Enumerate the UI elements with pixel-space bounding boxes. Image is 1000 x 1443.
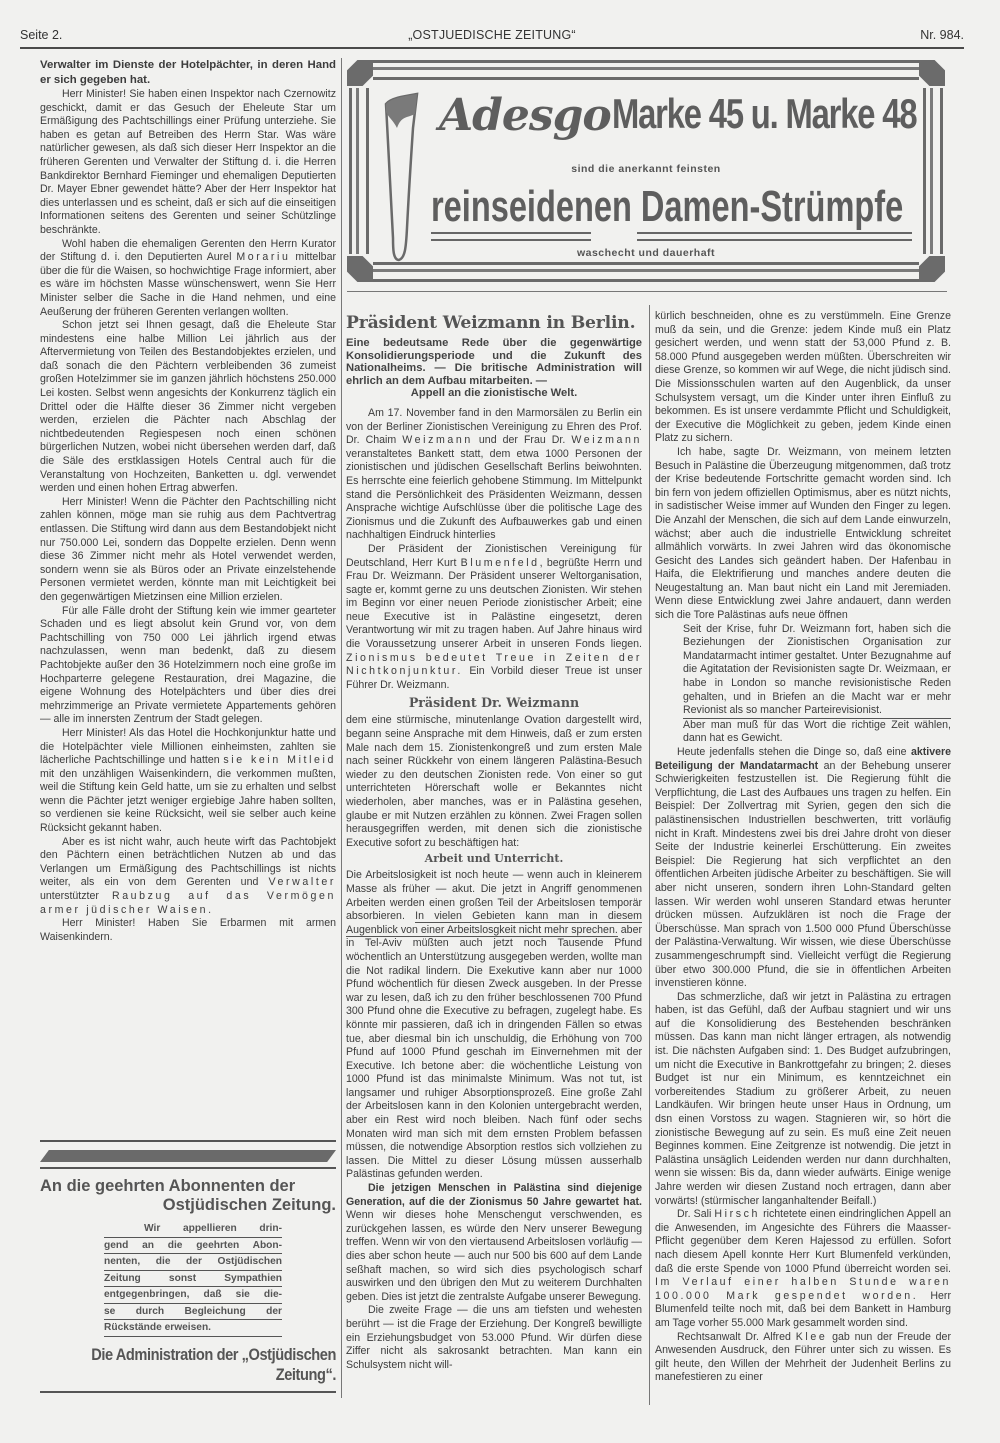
left-column-article: Verwalter im Dienste der Hotelpächter, i… xyxy=(40,58,336,944)
notice-line: nenten, die der Ostjüdischen xyxy=(104,1254,282,1271)
paragraph: Seit der Krise, fuhr Dr. Weizmann fort, … xyxy=(683,623,951,719)
ad-underline xyxy=(431,232,591,241)
paragraph: kürlich beschneiden, ohne es zu verstümm… xyxy=(655,310,951,446)
article-weizmann: Präsident Weizmann in Berlin. Eine bedeu… xyxy=(346,313,642,1372)
paragraph: Die jetzigen Menschen in Palästina sind … xyxy=(346,1182,642,1304)
paragraph: Rechtsanwalt Dr. Alfred Klee gab nun der… xyxy=(655,1331,951,1385)
paragraph: Ich habe, sagte Dr. Weizmann, von meinem… xyxy=(655,446,951,623)
paragraph: Heute jedenfalls stehen die Dinge so, da… xyxy=(655,746,951,991)
notice-heading: Ostjüdischen Zeitung. xyxy=(40,1196,336,1215)
spaced-name: Morariu xyxy=(236,251,290,263)
ad-corner xyxy=(919,60,945,86)
ad-headline: reinseidenen Damen-Strümpfe xyxy=(431,182,903,232)
subheading: Arbeit und Unterricht. xyxy=(346,852,642,866)
paragraph: Das schmerzliche, daß wir jetzt in Paläs… xyxy=(655,991,951,1209)
column-divider xyxy=(649,305,650,1405)
subscribers-notice: An die geehrten Abonnenten der Ostjüdisc… xyxy=(40,1140,336,1393)
spaced-emphasis: Verwalter xyxy=(268,876,336,888)
divider xyxy=(40,1167,336,1169)
divider xyxy=(347,291,947,292)
paragraph: Herr Minister! Als das Hotel die Hochkon… xyxy=(40,727,336,836)
spaced-emphasis: sie kein Mitleid xyxy=(223,754,336,766)
paragraph: Herr Minister! Wenn die Pächter den Pach… xyxy=(40,496,336,605)
subheading: Präsident Dr. Weizmann xyxy=(346,695,642,711)
column-divider xyxy=(341,58,342,1398)
ad-frame xyxy=(373,262,919,282)
issue-number: Nr. 984. xyxy=(920,28,964,42)
ad-corner xyxy=(919,256,945,282)
divider xyxy=(40,1391,336,1393)
paragraph: Herr Minister! Sie haben einen Inspektor… xyxy=(40,88,336,238)
product-models: Marke 45 u. Marke 48 xyxy=(612,90,916,138)
paragraph: Schon jetzt sei Ihnen gesagt, daß die Eh… xyxy=(40,319,336,496)
paragraph: Aber es ist nicht wahr, auch heute wirft… xyxy=(40,836,336,918)
article-weizmann-continued: kürlich beschneiden, ohne es zu verstümm… xyxy=(655,310,951,1385)
ad-tagline: sind die anerkannt feinsten xyxy=(347,163,945,175)
paragraph: dem eine stürmische, minutenlange Ovatio… xyxy=(346,714,642,850)
indented-block: Seit der Krise, fuhr Dr. Weizmann fort, … xyxy=(683,623,951,746)
paragraph: Für alle Fälle droht der Stiftung kein w… xyxy=(40,605,336,727)
notice-line: entgegenbringen, daß sie die- xyxy=(104,1287,282,1304)
ad-corner xyxy=(347,60,373,86)
header-rule xyxy=(20,47,964,49)
notice-line: Wir appellieren drin- xyxy=(104,1221,282,1238)
paragraph: Der Präsident der Zionistischen Vereinig… xyxy=(346,543,642,693)
paragraph: Dr. Sali Hirsch richtetete einen eindrin… xyxy=(655,1208,951,1330)
stocking-icon xyxy=(383,88,419,263)
brand-name: Adesgo xyxy=(439,90,611,141)
ad-tagline: waschecht und dauerhaft xyxy=(347,247,945,259)
notice-body: Wir appellieren drin- gend an die geehrt… xyxy=(104,1221,282,1337)
advertisement: Adesgo Marke 45 u. Marke 48 sind die ane… xyxy=(347,60,945,282)
article-title: Präsident Weizmann in Berlin. xyxy=(346,313,642,334)
notice-signature: Die Administration der „Ostjüdischen Zei… xyxy=(81,1345,336,1385)
paragraph: Wohl haben die ehemaligen Gerenten den H… xyxy=(40,238,336,320)
notice-heading: An die geehrten Abonnenten der xyxy=(40,1177,336,1196)
newspaper-title: „OSTJUEDISCHE ZEITUNG“ xyxy=(20,28,964,42)
paragraph: Am 17. November fand in den Marmorsälen … xyxy=(346,407,642,543)
paragraph: Aber man muß für das Wort die richtige Z… xyxy=(683,719,951,746)
article-deck: Eine bedeutsame Rede über die gegenwärti… xyxy=(346,337,642,400)
paragraph: Die zweite Frage — die uns am tiefsten u… xyxy=(346,1304,642,1372)
notice-line: gend an die geehrten Abon- xyxy=(104,1238,282,1255)
notice-line: se durch Begleichung der xyxy=(104,1304,282,1321)
ad-frame xyxy=(373,60,919,80)
ad-corner xyxy=(347,256,373,282)
page-header: Seite 2. „OSTJUEDISCHE ZEITUNG“ Nr. 984. xyxy=(20,26,964,44)
notice-line: Rückstände erweisen. xyxy=(104,1320,282,1337)
ad-underline xyxy=(637,232,912,241)
divider xyxy=(40,1140,336,1142)
notice-line: Zeitung sonst Sympathien xyxy=(104,1271,282,1288)
decorative-bar xyxy=(40,1150,336,1162)
paragraph: Die Arbeitslosigkeit ist noch heute — we… xyxy=(346,869,642,1182)
paragraph: Verwalter im Dienste der Hotelpächter, i… xyxy=(40,58,336,88)
paragraph: Herr Minister! Haben Sie Erbarmen mit ar… xyxy=(40,917,336,944)
